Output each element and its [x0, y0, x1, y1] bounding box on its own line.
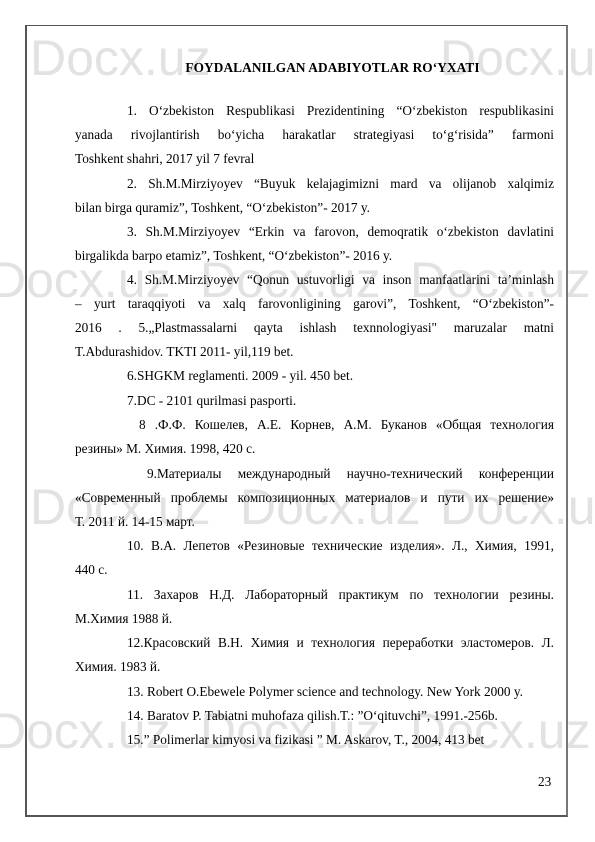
reference-9-line-3: Т. 2011 й. 14-15 март.	[75, 514, 554, 530]
reference-4-line-2: – yurt taraqqiyoti va xalq farovonligini…	[75, 296, 554, 312]
reference-12-line-1: 12.Красовский В.Н. Химия и технология пе…	[75, 635, 554, 651]
reference-8-line-2: резины» М. Химия. 1998, 420 с.	[75, 441, 554, 457]
reference-1-line-1: 1. O‘zbekiston Respublikasi Prezidentini…	[75, 103, 554, 119]
reference-11-line-1: 11. Захаров Н.Д. Лабораторный практикум …	[75, 587, 554, 603]
reference-4-line-4: T.Abdurashidov. TKTI 2011- yil,119 bet.	[75, 344, 554, 360]
page-title: FOYDALANILGAN ADABIYOTLAR RO‘YXATI	[75, 60, 554, 76]
reference-7: 7.DC - 2101 qurilmasi pasporti.	[75, 393, 554, 409]
reference-10-line-1: 10. В.А. Лепетов «Резиновые технические …	[75, 538, 554, 554]
reference-1-line-2: yanada rivojlantirish bo‘yicha harakatla…	[75, 127, 554, 143]
reference-4-line-3: 2016 . 5.„Plastmassalarni qayta ishlash …	[75, 320, 554, 336]
reference-9-line-1: 9.Материалы международный научно-техниче…	[75, 466, 554, 482]
reference-12-line-2: Химия. 1983 й.	[75, 659, 554, 675]
reference-11-line-2: М.Химия 1988 й.	[75, 611, 554, 627]
reference-6: 6.SHGKM reglamenti. 2009 - yil. 450 bet.	[75, 368, 554, 384]
reference-10-line-2: 440 с.	[75, 562, 554, 578]
page-number: 23	[538, 774, 551, 790]
reference-8-line-1: 8 .Ф.Ф. Кошелев, А.Е. Корнев, А.М. Букан…	[75, 417, 554, 433]
reference-14: 14. Baratov P. Tabiatni muhofaza qilish.…	[75, 708, 554, 724]
reference-4-line-1: 4. Sh.M.Mirziyoyev “Qonun ustuvorligi va…	[75, 272, 554, 288]
reference-2-line-1: 2. Sh.M.Mirziyoyev “Buyuk kelajagimizni …	[75, 176, 554, 192]
reference-3-line-1: 3. Sh.M.Mirziyoyev “Erkin va farovon, de…	[75, 224, 554, 240]
reference-3-line-2: birgalikda barpo etamiz”, Toshkent, “O‘z…	[75, 248, 554, 264]
reference-1-line-3: Toshkent shahri, 2017 yil 7 fevral	[75, 151, 554, 167]
reference-2-line-2: bilan birga quramiz”, Toshkent, “O‘zbeki…	[75, 200, 554, 216]
reference-9-line-2: «Современный проблемы композиционных мат…	[75, 490, 554, 506]
reference-15: 15.” Polimerlar kimyosi va fizikasi ” M.…	[75, 732, 554, 748]
reference-13: 13. Robert O.Ebewele Polymer science and…	[75, 684, 554, 700]
